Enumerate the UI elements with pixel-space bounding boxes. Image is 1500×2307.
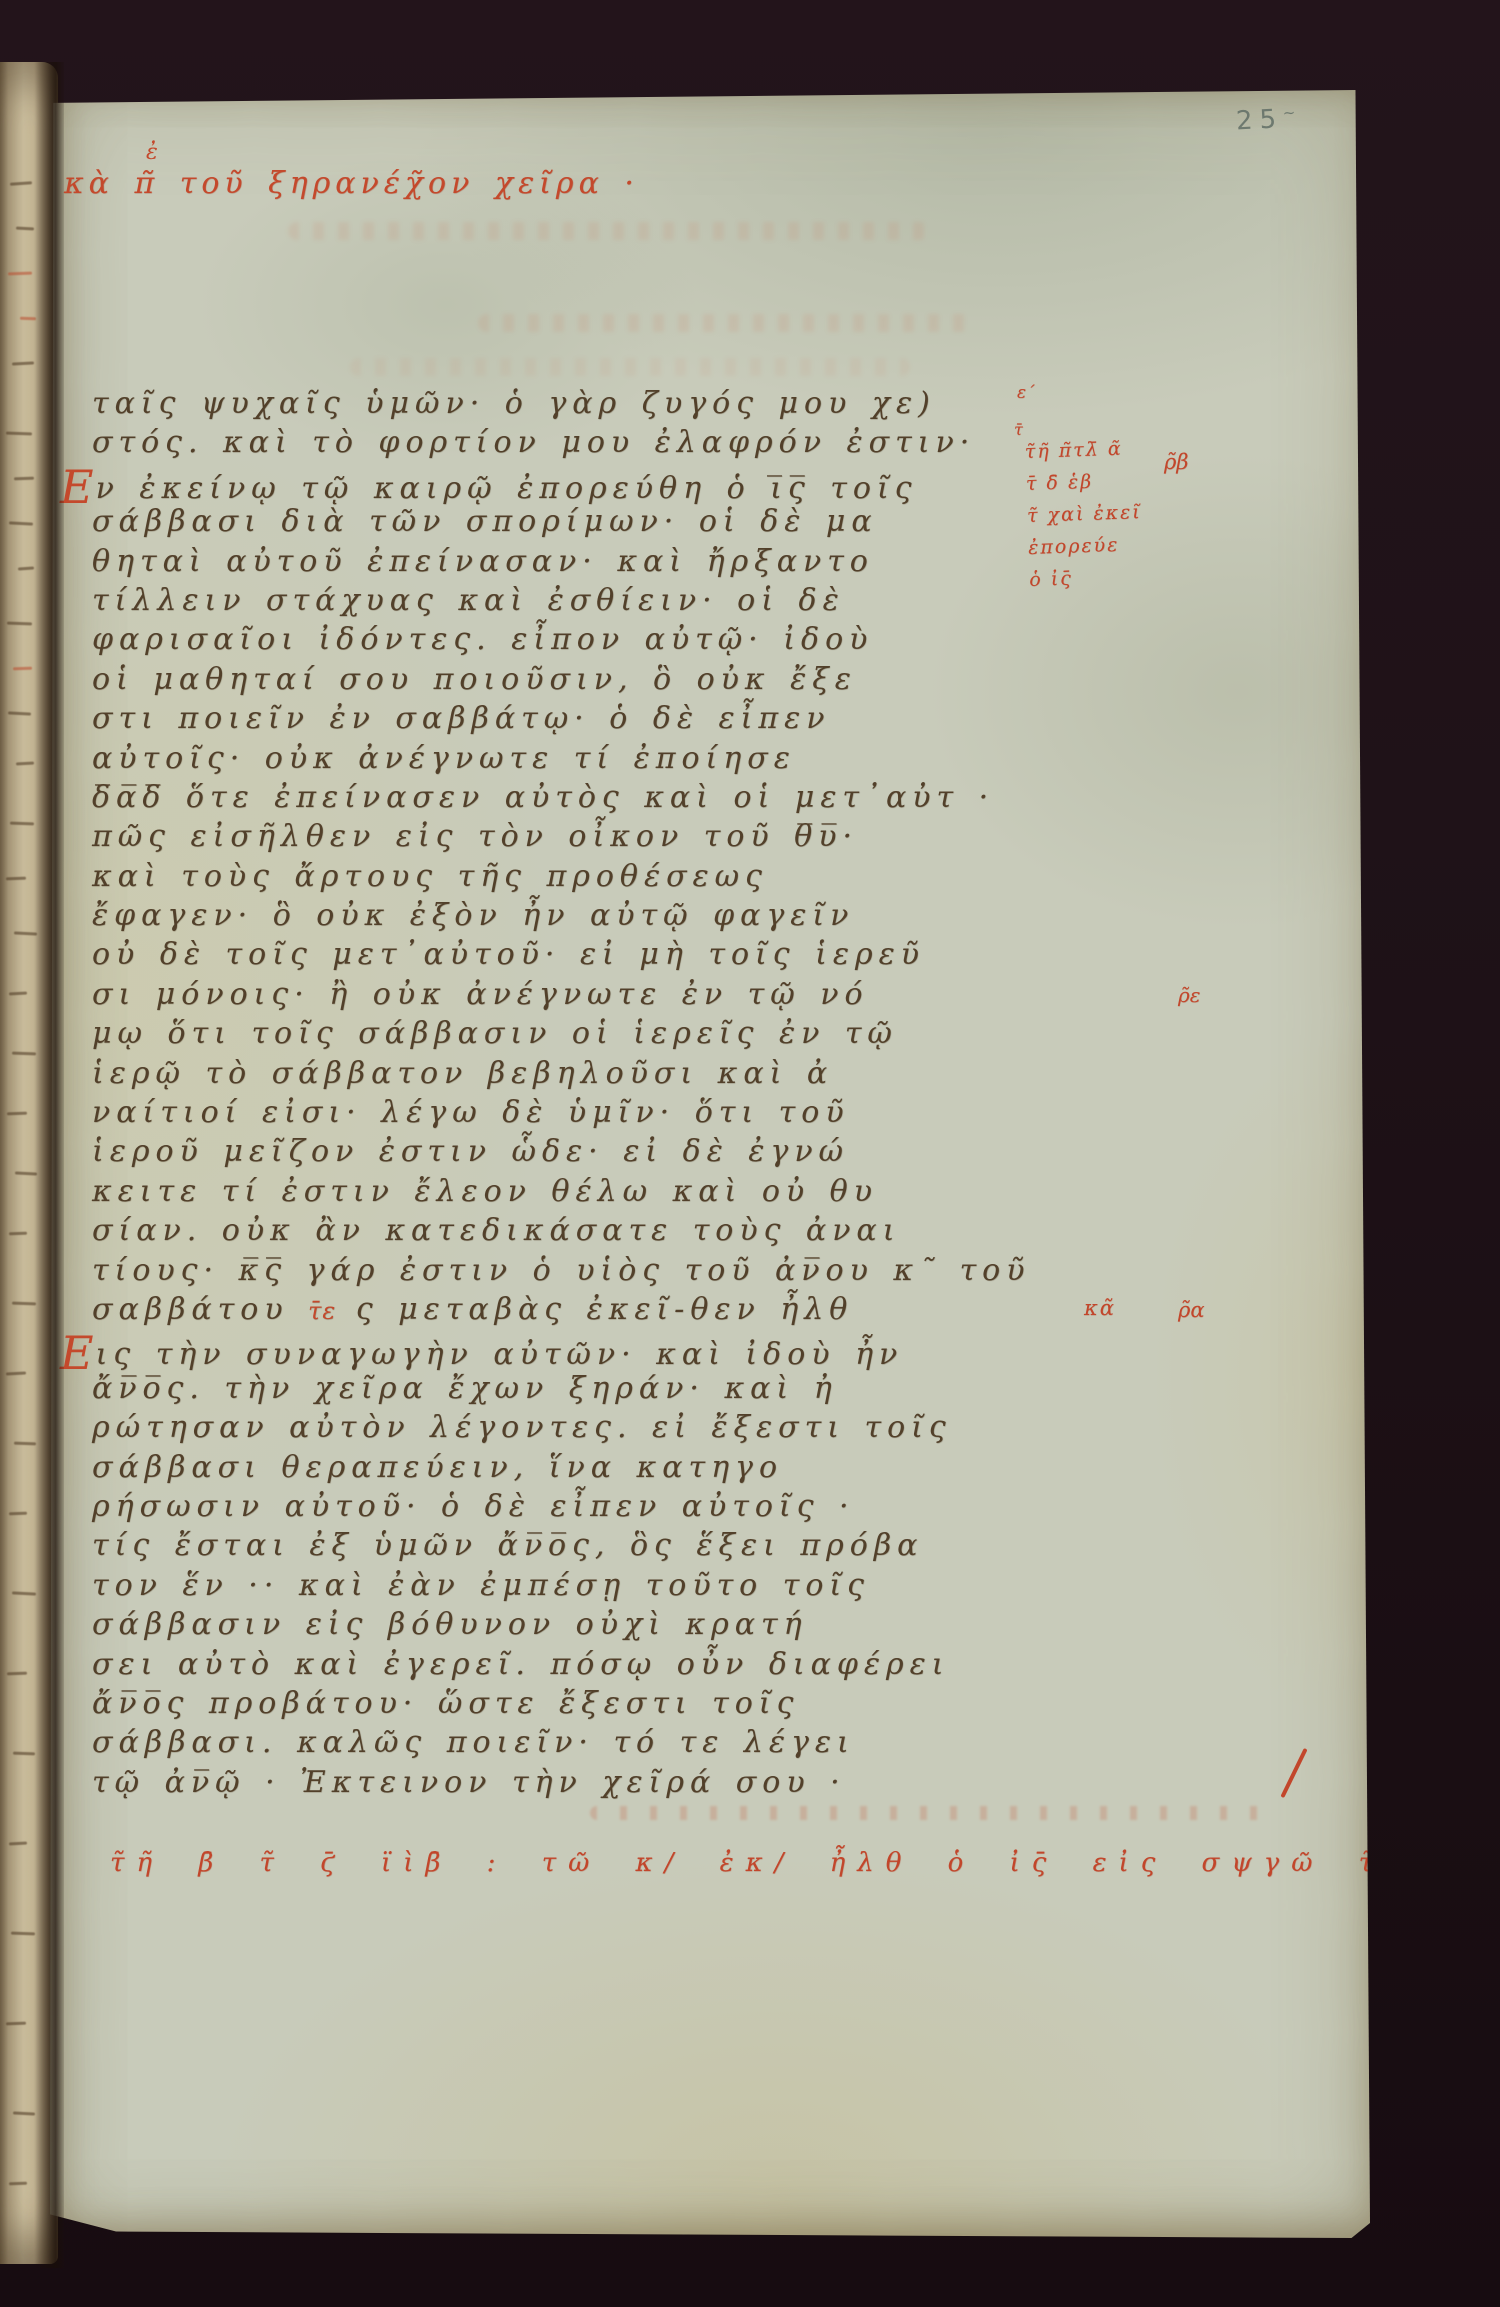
bleedthrough-speck bbox=[9, 1232, 27, 1236]
text-line: σει αὐτὸ καὶ ἐγερεῖ. πόσῳ οὖν διαφέρει bbox=[92, 1645, 1032, 1684]
kephalaion-number-kappa-alpha: κᾶ bbox=[1084, 1296, 1116, 1320]
bleedthrough-speck bbox=[18, 566, 34, 570]
text-line: σάββασιν εἰς βόθυνον οὐχὶ κρατή bbox=[92, 1605, 1032, 1644]
text-line: τίους· κ̅ς̅ γάρ ἐστιν ὁ υἱὸς τοῦ ἀν̅ου κ… bbox=[92, 1251, 1032, 1290]
bleedthrough-speck bbox=[6, 2022, 26, 2026]
text-segment: ἄν̅ο̅ς προβάτου· ὥστε ἔξεστι τοῖς bbox=[92, 1686, 799, 1721]
bleedthrough-speck bbox=[9, 1512, 27, 1516]
text-segment: ν ἐκείνῳ τῷ καιρῷ ἐπορεύθη ὁ ι̅ς̅ τοῖς bbox=[96, 471, 918, 506]
bleedthrough-speck bbox=[12, 1591, 36, 1595]
bleedthrough-speck bbox=[8, 711, 31, 715]
text-line: φαρισαῖοι ἰδόντες. εἶπον αὐτῷ· ἰδοὺ bbox=[92, 620, 1032, 659]
text-segment: κειτε τί ἐστιν ἔλεον θέλω καὶ οὐ θυ bbox=[92, 1174, 878, 1209]
bleedthrough-speck bbox=[16, 227, 34, 231]
text-line: σαββάτου τ̄ε ς μεταβὰς ἐκεῖ-θεν ἦλθ bbox=[92, 1290, 1032, 1329]
text-segment: ἄν̅ο̅ς. τὴν χεῖρα ἔχων ξηράν· καὶ ἠ bbox=[92, 1371, 838, 1406]
text-segment: φαρισαῖοι ἰδόντες. εἶπον αὐτῷ· ἰδοὺ bbox=[92, 622, 873, 657]
text-line: οὐ δὲ τοῖς μετ᾽αὐτοῦ· εἰ μὴ τοῖς ἱερεῦ bbox=[92, 935, 1032, 974]
bleedthrough-speck bbox=[16, 762, 34, 766]
text-segment: ἔφαγεν· ὃ οὐκ ἐξὸν ἦν αὐτῷ φαγεῖν bbox=[92, 898, 854, 933]
text-line: στός. καὶ τὸ φορτίον μου ἐλαφρόν ἐστιν· bbox=[92, 423, 1032, 462]
bleedthrough-speck bbox=[12, 1052, 36, 1056]
text-line: πῶς εἰσῆλθεν εἰς τὸν οἶκον τοῦ θ̅υ̅· bbox=[92, 817, 1032, 856]
bleedthrough-speck bbox=[8, 272, 32, 276]
lection-note-line: τ̃ χαὶ ἐκεῖ bbox=[1026, 496, 1142, 532]
text-line: τον ἕν ·· καὶ ἐὰν ἐμπέσῃ τοῦτο τοῖς bbox=[92, 1566, 1032, 1605]
facing-page-edge bbox=[0, 62, 58, 2264]
text-line: τίς ἔσται ἐξ ὑμῶν ἄν̅ο̅ς, ὃς ἕξει πρόβα bbox=[92, 1526, 1032, 1565]
bleedthrough-speck bbox=[7, 1672, 27, 1676]
folio-number-value: 25 bbox=[1235, 104, 1284, 136]
text-segment: ἱεροῦ μεῖζον ἐστιν ὧδε· εἰ δὲ ἐγνώ bbox=[92, 1134, 849, 1169]
text-segment: τίς ἔσται ἐξ ὑμῶν ἄν̅ο̅ς, ὃς ἕξει πρόβα bbox=[92, 1528, 923, 1563]
bleedthrough-speck bbox=[9, 2182, 27, 2186]
text-line: μῳ ὅτι τοῖς σάββασιν οἱ ἱερεῖς ἐν τῷ bbox=[92, 1014, 1032, 1053]
bleedthrough-speck bbox=[6, 432, 32, 436]
bleedthrough-speck bbox=[7, 622, 32, 626]
bleedthrough-speck bbox=[13, 667, 32, 671]
text-line: δ̅α̅δ̅ ὅτε ἐπείνασεν αὐτὸς καὶ οἱ μετ᾽αὐ… bbox=[92, 778, 1032, 817]
bleedthrough-speck bbox=[13, 1752, 35, 1756]
bleedthrough-speck bbox=[14, 931, 37, 935]
main-text-block: ταῖς ψυχαῖς ὑμῶν· ὁ γὰρ ζυγός μου χε)στό… bbox=[92, 384, 1032, 1802]
text-segment: σι μόνοις· ἢ οὐκ ἀνέγνωτε ἐν τῷ νό bbox=[92, 977, 869, 1012]
text-segment: ἱερῷ τὸ σάββατον βεβηλοῦσι καὶ ἀ bbox=[92, 1056, 833, 1091]
text-segment: σάββασι θεραπεύειν, ἵνα κατηγο bbox=[92, 1450, 783, 1485]
text-segment: ρώτησαν αὐτὸν λέγοντες. εἰ ἔξεστι τοῖς bbox=[92, 1410, 952, 1445]
text-line: ταῖς ψυχαῖς ὑμῶν· ὁ γὰρ ζυγός μου χε) bbox=[92, 384, 1032, 423]
bleedthrough-speck bbox=[6, 1371, 26, 1375]
rubricated-initial: Ε bbox=[60, 460, 94, 514]
text-segment: θηταὶ αὐτοῦ ἐπείνασαν· καὶ ἤρξαντο bbox=[92, 544, 874, 579]
rubricated-initial: Ε bbox=[60, 1326, 94, 1380]
text-line: ρήσωσιν αὐτοῦ· ὁ δὲ εἶπεν αὐτοῖς · bbox=[92, 1487, 1032, 1526]
bleedthrough-speck bbox=[14, 1442, 36, 1446]
bleedthrough-speck bbox=[6, 877, 26, 881]
text-segment: μῳ ὅτι τοῖς σάββασιν οἱ ἱερεῖς ἐν τῷ bbox=[92, 1016, 898, 1051]
text-segment: στός. καὶ τὸ φορτίον μου ἐλαφρόν ἐστιν· bbox=[92, 425, 975, 460]
text-segment: στι ποιεῖν ἐν σαββάτῳ· ὁ δὲ εἶπεν bbox=[92, 701, 830, 736]
text-segment: σίαν. οὐκ ἂν κατεδικάσατε τοὺς ἀναι bbox=[92, 1213, 900, 1248]
text-line: Εν ἐκείνῳ τῷ καιρῷ ἐπορεύθη ὁ ι̅ς̅ τοῖς bbox=[92, 463, 1032, 502]
bleedthrough-speck bbox=[9, 992, 27, 996]
text-segment: πῶς εἰσῆλθεν εἰς τὸν οἶκον τοῦ θ̅υ̅· bbox=[92, 819, 858, 854]
bleedthrough-speck bbox=[12, 361, 34, 365]
lection-rubric-bottom: τ̃ῆ β̄ τ̃ ϛ̄ ϊὶβ̄ : τῶ κ∕ ἐκ∕ ἦλθ ὁ ἰς̄ … bbox=[110, 1848, 1500, 1878]
text-line: σάββασι θεραπεύειν, ἵνα κατηγο bbox=[92, 1448, 1032, 1487]
bleedthrough-speck bbox=[9, 1842, 27, 1846]
text-segment: σει αὐτὸ καὶ ἐγερεῖ. πόσῳ οὖν διαφέρει bbox=[92, 1647, 950, 1682]
text-line: σάββασι. καλῶς ποιεῖν· τό τε λέγει bbox=[92, 1723, 1032, 1762]
lection-note-line: τ̃ῆ π̃τλ̄ ᾶ bbox=[1024, 432, 1140, 468]
bleedthrough-speck bbox=[20, 317, 36, 321]
tau-margin-mark: τ̄ bbox=[1014, 420, 1023, 439]
text-line: τίλλειν στάχυας καὶ ἐσθίειν· οἱ δὲ bbox=[92, 581, 1032, 620]
text-line: στι ποιεῖν ἐν σαββάτῳ· ὁ δὲ εἶπεν bbox=[92, 699, 1032, 738]
folio-number-mark: ~ bbox=[1282, 103, 1296, 122]
text-line: καὶ τοὺς ἄρτους τῆς προθέσεως bbox=[92, 857, 1032, 896]
bleedthrough-speck bbox=[9, 521, 33, 525]
rubric-title-superscript: ἐ bbox=[146, 140, 161, 165]
offset-ghost-line bbox=[478, 314, 978, 332]
text-segment: οἱ μαθηταί σου ποιοῦσιν, ὃ οὐκ ἔξε bbox=[92, 662, 857, 697]
text-line: θηταὶ αὐτοῦ ἐπείνασαν· καὶ ἤρξαντο bbox=[92, 542, 1032, 581]
text-segment: τῷ ἀν̅ῷ · Ἐκτεινον τὴν χεῖρά σου · bbox=[92, 1765, 846, 1800]
bleedthrough-speck bbox=[12, 1302, 36, 1306]
bleedthrough-speck bbox=[15, 1171, 37, 1175]
text-line: Εις τὴν συναγωγὴν αὐτῶν· καὶ ἰδοὺ ἦν bbox=[92, 1329, 1032, 1368]
folio-number: 25~ bbox=[1235, 103, 1296, 136]
text-segment: τίλλειν στάχυας καὶ ἐσθίειν· οἱ δὲ bbox=[92, 583, 845, 618]
lection-note-line: τ̄ δ̄ ἑβ bbox=[1025, 464, 1141, 500]
text-line: ἱεροῦ μεῖζον ἐστιν ὧδε· εἰ δὲ ἐγνώ bbox=[92, 1132, 1032, 1171]
bleedthrough-speck bbox=[14, 477, 34, 481]
text-segment: δ̅α̅δ̅ ὅτε ἐπείνασεν αὐτὸς καὶ οἱ μετ᾽αὐ… bbox=[92, 780, 994, 815]
text-line: σίαν. οὐκ ἂν κατεδικάσατε τοὺς ἀναι bbox=[92, 1211, 1032, 1250]
text-line: ἄν̅ο̅ς προβάτου· ὥστε ἔξεστι τοῖς bbox=[92, 1684, 1032, 1723]
text-line: τῷ ἀν̅ῷ · Ἐκτεινον τὴν χεῖρά σου · bbox=[92, 1763, 1032, 1802]
text-segment: ρήσωσιν αὐτοῦ· ὁ δὲ εἶπεν αὐτοῖς · bbox=[92, 1489, 855, 1524]
lection-margin-note: τ̃ῆ π̃τλ̄ ᾶτ̄ δ̄ ἑβτ̃ χαὶ ἐκεῖἐπορεύεὁ ἰ… bbox=[1024, 432, 1144, 596]
text-segment: ταῖς ψυχαῖς ὑμῶν· ὁ γὰρ ζυγός μου χε) bbox=[92, 386, 936, 421]
lection-note-line: ὁ ἰς̄ bbox=[1029, 560, 1145, 596]
text-line: σι μόνοις· ἢ οὐκ ἀνέγνωτε ἐν τῷ νό bbox=[92, 975, 1032, 1014]
chapter-rubric-title: κὰ π̃ τοῦ ξηρανέχ̃ον χεῖρα · bbox=[64, 166, 639, 201]
text-segment: σάββασι. καλῶς ποιεῖν· τό τε λέγει bbox=[92, 1725, 855, 1760]
text-line: κειτε τί ἐστιν ἔλεον θέλω καὶ οὐ θυ bbox=[92, 1172, 1032, 1211]
text-line: ἱερῷ τὸ σάββατον βεβηλοῦσι καὶ ἀ bbox=[92, 1054, 1032, 1093]
bleedthrough-speck bbox=[10, 181, 32, 186]
text-segment: τίους· κ̅ς̅ γάρ ἐστιν ὁ υἱὸς τοῦ ἀν̅ου κ… bbox=[92, 1253, 1030, 1288]
text-segment: οὐ δὲ τοῖς μετ᾽αὐτοῦ· εἰ μὴ τοῖς ἱερεῦ bbox=[92, 937, 925, 972]
section-number-rho-alpha: ρ̃α bbox=[1178, 1298, 1205, 1322]
bleedthrough-speck bbox=[11, 1932, 35, 1936]
text-segment: σαββάτου bbox=[92, 1292, 308, 1327]
offset-ghost-line bbox=[288, 222, 928, 240]
lection-note-line: ἐπορεύε bbox=[1028, 528, 1144, 564]
bleedthrough-speck bbox=[13, 2111, 35, 2115]
epsilon-margin-mark: ε´ bbox=[1017, 383, 1035, 403]
bleedthrough-speck bbox=[7, 1112, 27, 1116]
rubric-superscript-marks bbox=[590, 1806, 1270, 1820]
red-slash-mark bbox=[1280, 1748, 1307, 1798]
photo-backdrop: 25~ ἐ κὰ π̃ τοῦ ξηρανέχ̃ον χεῖρα · ταῖς … bbox=[0, 0, 1500, 2307]
text-line: ἄν̅ο̅ς. τὴν χεῖρα ἔχων ξηράν· καὶ ἠ bbox=[92, 1369, 1032, 1408]
text-segment: ς μεταβὰς ἐκεῖ-θεν ἦλθ bbox=[336, 1292, 853, 1327]
text-segment: αὐτοῖς· οὐκ ἀνέγνωτε τί ἐποίησε bbox=[92, 741, 796, 776]
offset-ghost-line bbox=[350, 358, 910, 376]
text-segment: ναίτιοί εἰσι· λέγω δὲ ὑμῖν· ὅτι τοῦ bbox=[92, 1095, 850, 1130]
text-line: σάββασι διὰ τῶν σπορίμων· οἱ δὲ μα bbox=[92, 502, 1032, 541]
text-segment: σάββασι διὰ τῶν σπορίμων· οἱ δὲ μα bbox=[92, 504, 878, 539]
manuscript-page: 25~ ἐ κὰ π̃ τοῦ ξηρανέχ̃ον χεῖρα · ταῖς … bbox=[50, 90, 1370, 2238]
text-line: οἱ μαθηταί σου ποιοῦσιν, ὃ οὐκ ἔξε bbox=[92, 660, 1032, 699]
text-line: ἔφαγεν· ὃ οὐκ ἐξὸν ἦν αὐτῷ φαγεῖν bbox=[92, 896, 1032, 935]
text-line: ναίτιοί εἰσι· λέγω δὲ ὑμῖν· ὅτι τοῦ bbox=[92, 1093, 1032, 1132]
text-segment: τον ἕν ·· καὶ ἐὰν ἐμπέσῃ τοῦτο τοῖς bbox=[92, 1568, 870, 1603]
bleedthrough-speck bbox=[10, 822, 34, 826]
text-segment: καὶ τοὺς ἄρτους τῆς προθέσεως bbox=[92, 859, 768, 894]
text-segment: τ̄ε bbox=[308, 1297, 336, 1325]
text-line: ρώτησαν αὐτὸν λέγοντες. εἰ ἔξεστι τοῖς bbox=[92, 1408, 1032, 1447]
text-line: αὐτοῖς· οὐκ ἀνέγνωτε τί ἐποίησε bbox=[92, 739, 1032, 778]
section-number-rho-beta: ρ̃β bbox=[1164, 450, 1189, 474]
text-segment: ις τὴν συναγωγὴν αὐτῶν· καὶ ἰδοὺ ἦν bbox=[96, 1337, 904, 1372]
section-number-rho-epsilon: ρ̃ε bbox=[1178, 983, 1201, 1007]
text-segment: σάββασιν εἰς βόθυνον οὐχὶ κρατή bbox=[92, 1607, 808, 1642]
